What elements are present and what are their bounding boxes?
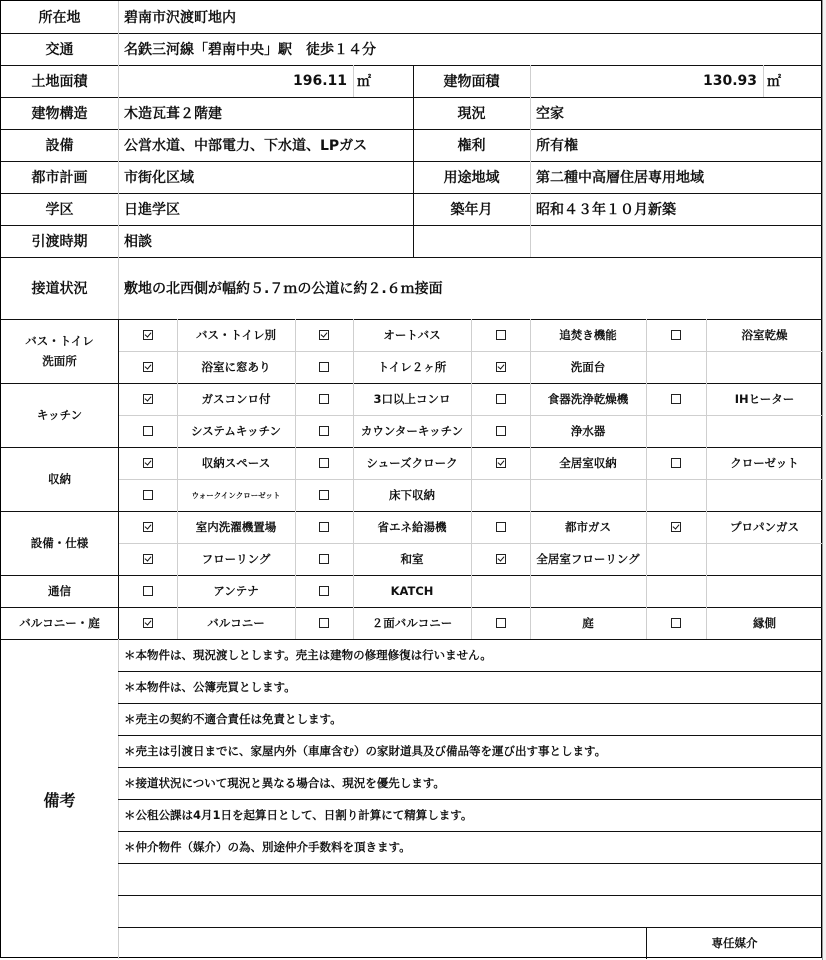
- feature-label: オートバス: [353, 319, 471, 351]
- land-area-value: 196.11: [118, 65, 353, 97]
- divider: [763, 65, 764, 97]
- checkbox-unchecked-icon[interactable]: [496, 394, 506, 404]
- checkbox-unchecked-icon[interactable]: [496, 522, 506, 532]
- category-bath-line1: バス・トイレ: [25, 331, 93, 351]
- property-sheet: 所在地 碧南市沢渡町地内 交通 名鉄三河線「碧南中央」駅 徒歩１４分 土地面積 …: [0, 0, 822, 958]
- checkbox-checked-icon[interactable]: [143, 330, 153, 340]
- building-area-label: 建物面積: [413, 65, 530, 97]
- checkbox-checked-icon[interactable]: [319, 330, 329, 340]
- checkbox-cell: [646, 383, 706, 415]
- road-access-label: 接道状況: [1, 257, 118, 319]
- handover-value: 相談: [118, 225, 413, 257]
- divider: [118, 927, 823, 928]
- feature-label: 浴室乾燥: [706, 319, 823, 351]
- remark-line: ＊仲介物件（媒介）の為、別途仲介手数料を頂きます。: [118, 831, 823, 863]
- structure-label: 建物構造: [1, 97, 118, 129]
- checkbox-cell: [295, 351, 353, 383]
- checkbox-unchecked-icon[interactable]: [143, 490, 153, 500]
- checkbox-checked-icon[interactable]: [143, 458, 153, 468]
- checkbox-checked-icon[interactable]: [143, 522, 153, 532]
- checkbox-unchecked-icon[interactable]: [319, 554, 329, 564]
- remark-line: ＊公租公課は4月1日を起算日として、日割り計算にて精算します。: [118, 799, 823, 831]
- remark-line: ＊本物件は、現況渡しとします。売主は建物の修理修復は行いません。: [118, 639, 823, 671]
- checkbox-cell: [118, 351, 177, 383]
- feature-label: 都市ガス: [530, 511, 646, 543]
- checkbox-cell: [295, 383, 353, 415]
- category-balcony: バルコニー・庭: [1, 607, 118, 639]
- checkbox-cell: [295, 543, 353, 575]
- feature-label: ２面バルコニー: [353, 607, 471, 639]
- school-district-value: 日進学区: [118, 193, 413, 225]
- built-value: 昭和４３年１０月新築: [530, 193, 823, 225]
- zoning-value: 第二種中高層住居専用地域: [530, 161, 823, 193]
- location-value: 碧南市沢渡町地内: [118, 1, 823, 33]
- remark-line: ＊売主は引渡日までに、家屋内外（車庫含む）の家財道具及び備品等を運び出す事としま…: [118, 735, 823, 767]
- checkbox-cell: [471, 415, 530, 447]
- built-label: 築年月: [413, 193, 530, 225]
- feature-label: シューズクローク: [353, 447, 471, 479]
- divider: [353, 65, 354, 97]
- checkbox-cell: [471, 383, 530, 415]
- feature-label: 食器洗浄乾燥機: [530, 383, 646, 415]
- checkbox-cell: [118, 479, 177, 511]
- transport-label: 交通: [1, 33, 118, 65]
- checkbox-unchecked-icon[interactable]: [319, 618, 329, 628]
- remark-line: [118, 895, 823, 927]
- checkbox-cell: [295, 479, 353, 511]
- checkbox-cell: [646, 447, 706, 479]
- checkbox-checked-icon[interactable]: [671, 522, 681, 532]
- feature-label: 室内洗濯機置場: [177, 511, 295, 543]
- divider: [413, 65, 414, 257]
- feature-label: 浄水器: [530, 415, 646, 447]
- divider: [706, 319, 707, 639]
- checkbox-unchecked-icon[interactable]: [319, 490, 329, 500]
- checkbox-unchecked-icon[interactable]: [143, 586, 153, 596]
- status-value: 空家: [530, 97, 823, 129]
- transport-value: 名鉄三河線「碧南中央」駅 徒歩１４分: [118, 33, 823, 65]
- remarks-label: 備考: [1, 639, 118, 959]
- checkbox-cell: [471, 319, 530, 351]
- category-storage: 収納: [1, 447, 118, 511]
- structure-value: 木造瓦葺２階建: [118, 97, 413, 129]
- divider: [646, 319, 647, 639]
- feature-label: カウンターキッチン: [353, 415, 471, 447]
- checkbox-cell: [471, 447, 530, 479]
- checkbox-unchecked-icon[interactable]: [319, 522, 329, 532]
- building-area-value: 130.93: [530, 65, 763, 97]
- checkbox-cell: [118, 607, 177, 639]
- feature-label: 浴室に窓あり: [177, 351, 295, 383]
- feature-label: 縁側: [706, 607, 823, 639]
- checkbox-unchecked-icon[interactable]: [319, 426, 329, 436]
- city-planning-label: 都市計画: [1, 161, 118, 193]
- facilities-label: 設備: [1, 129, 118, 161]
- checkbox-cell: [646, 511, 706, 543]
- feature-label: フローリング: [177, 543, 295, 575]
- zoning-label: 用途地域: [413, 161, 530, 193]
- category-communication: 通信: [1, 575, 118, 607]
- feature-label: 追焚き機能: [530, 319, 646, 351]
- checkbox-unchecked-icon[interactable]: [319, 458, 329, 468]
- category-bath-line2: 洗面所: [42, 351, 77, 371]
- feature-label: 床下収納: [353, 479, 471, 511]
- school-district-label: 学区: [1, 193, 118, 225]
- feature-label: 庭: [530, 607, 646, 639]
- feature-label: 洗面台: [530, 351, 646, 383]
- checkbox-cell: [118, 383, 177, 415]
- checkbox-cell: [471, 351, 530, 383]
- checkbox-unchecked-icon[interactable]: [496, 330, 506, 340]
- checkbox-cell: [646, 319, 706, 351]
- land-area-label: 土地面積: [1, 65, 118, 97]
- remark-line: ＊接道状況について現況と異なる場合は、現況を優先します。: [118, 767, 823, 799]
- feature-label: クローゼット: [706, 447, 823, 479]
- building-area-unit: ㎡: [763, 65, 823, 97]
- scrollbar-edge: [822, 0, 826, 960]
- checkbox-cell: [295, 511, 353, 543]
- feature-label: アンテナ: [177, 575, 295, 607]
- checkbox-cell: [118, 447, 177, 479]
- checkbox-cell: [295, 415, 353, 447]
- land-area-unit: ㎡: [353, 65, 413, 97]
- checkbox-cell: [118, 319, 177, 351]
- feature-label: 収納スペース: [177, 447, 295, 479]
- feature-label: 3口以上コンロ: [353, 383, 471, 415]
- handover-label: 引渡時期: [1, 225, 118, 257]
- category-equipment: 設備・仕様: [1, 511, 118, 575]
- checkbox-cell: [471, 543, 530, 575]
- checkbox-unchecked-icon[interactable]: [319, 394, 329, 404]
- facilities-value: 公営水道、中部電力、下水道、LPガス: [118, 129, 413, 161]
- checkbox-unchecked-icon[interactable]: [319, 362, 329, 372]
- checkbox-cell: [295, 607, 353, 639]
- remark-line: [118, 863, 823, 895]
- checkbox-cell: [118, 575, 177, 607]
- checkbox-checked-icon[interactable]: [143, 554, 153, 564]
- category-kitchen: キッチン: [1, 383, 118, 447]
- checkbox-unchecked-icon[interactable]: [143, 426, 153, 436]
- feature-label: ガスコンロ付: [177, 383, 295, 415]
- city-planning-value: 市街化区域: [118, 161, 413, 193]
- feature-label: 全居室フローリング: [530, 543, 646, 575]
- checkbox-cell: [295, 447, 353, 479]
- feature-label: ウォークインクローゼット: [177, 479, 295, 511]
- remark-line: ＊売主の契約不適合責任は免責とします。: [118, 703, 823, 735]
- checkbox-checked-icon[interactable]: [496, 554, 506, 564]
- feature-label: 和室: [353, 543, 471, 575]
- checkbox-unchecked-icon[interactable]: [671, 458, 681, 468]
- checkbox-unchecked-icon[interactable]: [319, 586, 329, 596]
- status-label: 現況: [413, 97, 530, 129]
- rights-label: 権利: [413, 129, 530, 161]
- feature-label: トイレ２ヶ所: [353, 351, 471, 383]
- checkbox-checked-icon[interactable]: [143, 362, 153, 372]
- feature-label: バス・トイレ別: [177, 319, 295, 351]
- feature-label: 全居室収納: [530, 447, 646, 479]
- feature-label: プロパンガス: [706, 511, 823, 543]
- checkbox-checked-icon[interactable]: [496, 362, 506, 372]
- checkbox-checked-icon[interactable]: [143, 618, 153, 628]
- checkbox-cell: [471, 511, 530, 543]
- checkbox-unchecked-icon[interactable]: [496, 618, 506, 628]
- feature-label: システムキッチン: [177, 415, 295, 447]
- category-bath: バス・トイレ 洗面所: [1, 319, 118, 383]
- checkbox-cell: [118, 415, 177, 447]
- checkbox-cell: [118, 511, 177, 543]
- checkbox-unchecked-icon[interactable]: [671, 394, 681, 404]
- checkbox-checked-icon[interactable]: [496, 458, 506, 468]
- checkbox-unchecked-icon[interactable]: [671, 618, 681, 628]
- feature-label: KATCH: [353, 575, 471, 607]
- road-access-value: 敷地の北西側が幅約５.７ｍの公道に約２.６ｍ接面: [118, 257, 823, 319]
- feature-label: バルコニー: [177, 607, 295, 639]
- checkbox-cell: [295, 575, 353, 607]
- checkbox-cell: [295, 319, 353, 351]
- rights-value: 所有権: [530, 129, 823, 161]
- checkbox-cell: [646, 607, 706, 639]
- divider: [530, 65, 531, 257]
- checkbox-cell: [118, 543, 177, 575]
- feature-label: 省エネ給湯機: [353, 511, 471, 543]
- checkbox-unchecked-icon[interactable]: [671, 330, 681, 340]
- location-label: 所在地: [1, 1, 118, 33]
- feature-label: IHヒーター: [706, 383, 823, 415]
- checkbox-checked-icon[interactable]: [143, 394, 153, 404]
- checkbox-unchecked-icon[interactable]: [496, 426, 506, 436]
- remark-line: ＊本物件は、公簿売買とします。: [118, 671, 823, 703]
- checkbox-cell: [471, 607, 530, 639]
- contract-type: 専任媒介: [646, 927, 823, 959]
